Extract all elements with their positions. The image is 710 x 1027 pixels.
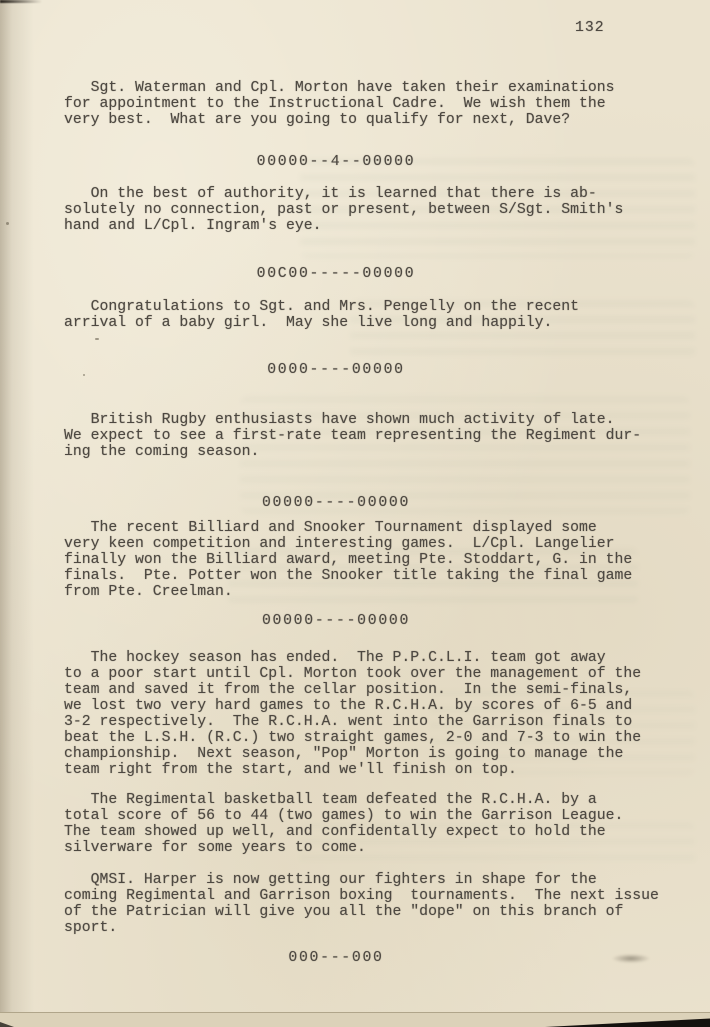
scan-left-edge-shadow [0, 0, 34, 1027]
paragraph-hockey: The hockey season has ended. The P.P.C.L… [64, 650, 680, 778]
ink-speck [6, 222, 9, 225]
paragraph-congratulations: Congratulations to Sgt. and Mrs. Pengell… [64, 299, 680, 331]
section-divider: 00000----00000 [64, 495, 608, 511]
paragraph-authority: On the best of authority, it is learned … [64, 186, 680, 234]
paragraph-boxing: QMSI. Harper is now getting our fighters… [64, 872, 680, 936]
ink-speck [95, 338, 99, 340]
section-divider: 00C00-----00000 [64, 266, 608, 282]
section-divider: 000---000 [64, 950, 608, 966]
section-divider: 00000--4--00000 [64, 154, 608, 170]
pencil-smudge [612, 954, 650, 963]
section-divider: 00000----00000 [64, 613, 608, 629]
page-number: 132 [575, 20, 605, 36]
scanned-document-page: 132 Sgt. Waterman and Cpl. Morton have t… [0, 0, 710, 1027]
paragraph-rugby: British Rugby enthusiasts have shown muc… [64, 412, 680, 460]
section-divider: 0000----00000 [64, 362, 608, 378]
paragraph-billiards: The recent Billiard and Snooker Tourname… [64, 520, 680, 600]
paragraph-basketball: The Regimental basketball team defeated … [64, 792, 680, 856]
paragraph-examinations: Sgt. Waterman and Cpl. Morton have taken… [64, 80, 680, 128]
scan-top-left-edge [0, 0, 42, 3]
